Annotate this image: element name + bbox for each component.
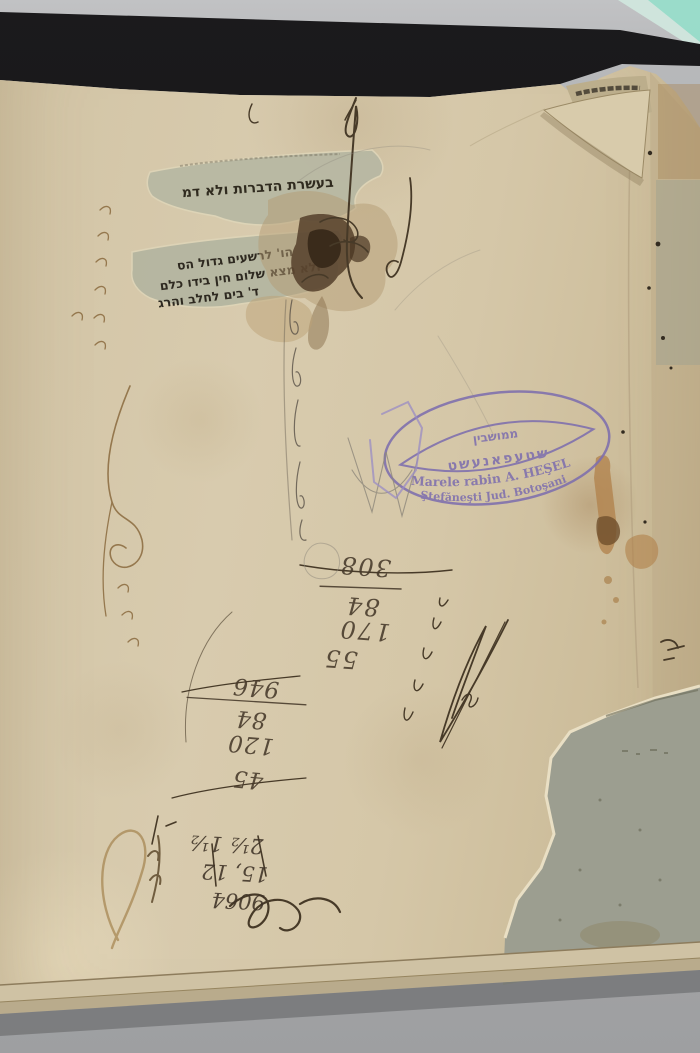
sum-line: 9064 <box>211 888 266 915</box>
marginal-cursive <box>72 207 160 948</box>
folded-corner <box>470 76 652 186</box>
sum-line: 308 <box>338 551 392 583</box>
loop-flourish <box>102 831 145 948</box>
sum-line: 120 <box>226 729 275 759</box>
ink-stain <box>246 191 398 350</box>
stamp-hebrew-line1: ממושבין <box>472 426 519 446</box>
sum-line: 45 <box>231 765 265 794</box>
sum-line: 84 <box>344 591 380 621</box>
page-markings: בעשרת הדברות ולא דמ הו' לרשעים גדול הס ו… <box>0 0 700 1053</box>
sum-column-b: 45 120 84 946 <box>179 668 309 796</box>
bottom-page-edges <box>0 942 700 1036</box>
sum-line: 2½ 1½ <box>189 830 265 858</box>
sum-line: 15, 12 <box>201 859 269 886</box>
sum-line: 84 <box>234 705 267 734</box>
photograph-of-book-endpaper: בעשרת הדברות ולא דמ הו' לרשעים גדול הס ו… <box>0 0 700 1053</box>
brown-stains <box>594 455 658 624</box>
exposed-board <box>503 686 700 985</box>
sum-line: 946 <box>231 672 280 702</box>
sum-line: 55 <box>322 644 358 674</box>
paper-fold-flap <box>544 90 650 178</box>
handwritten-sums: 55 170 84 308 45 120 84 946 9064 15, 12 … <box>179 549 404 914</box>
sum-column-c: 9064 15, 12 2½ 1½ <box>186 830 271 914</box>
